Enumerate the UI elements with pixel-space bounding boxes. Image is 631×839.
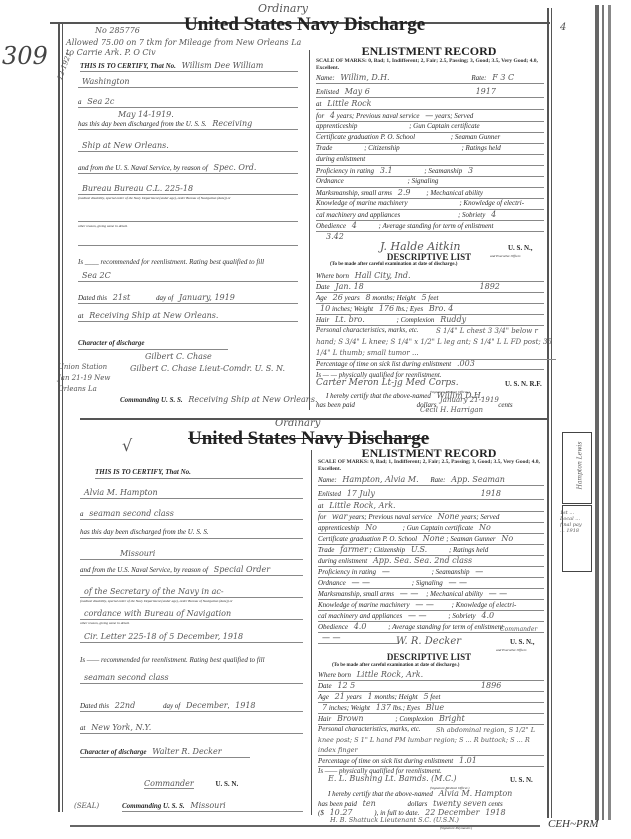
complexion-value: Bright [439,714,465,723]
pay-signature: H. B. Shattuck Lieutenant S.C. (U.S.N.) [330,816,459,824]
at-line: at Receiving Ship at New Orleans. [78,310,298,322]
discharged-label: has this day been discharged from the U.… [80,528,209,536]
gun-label: ; Gun Captain certificate [403,524,474,532]
cert-label: Certificate graduation P. O. School [316,133,415,141]
eyes-value: Bro. 4 [429,304,454,313]
certify-line: THIS IS TO CERTIFY, That No. Willism Dee… [80,60,298,72]
sobriety-value: 4.0 [481,611,494,620]
margin-box-2-text: 1st ... Local ... final pay ... 1918 [560,510,588,570]
record-title: United States Navy Discharge [184,14,425,36]
dated-label: Dated this [80,702,109,710]
served-label: years; Served [435,112,473,120]
descriptive-heading: DESCRIPTIVE LIST [314,652,544,662]
commanding-line: Commanding U. S. S. Receiving Ship at Ne… [120,394,300,405]
margin-box-1-text: Hampton Lewis [576,442,583,490]
seamanship-value: 3 [468,166,473,175]
weight-value: 137 [376,703,391,712]
frame-right-rule [547,8,549,818]
sobriety-label: ; Sobriety [448,612,475,620]
sobriety-value: 4 [491,210,496,219]
citizenship-label: ; Citizenship [364,144,400,152]
discharged-label: has this day been discharged from the U.… [78,120,207,128]
name-value: Willim, D.H. [340,73,389,82]
dated-year: 1918 [235,701,255,710]
personal-value: S 1/4" L chest 3 3/4" below r hand; S 3/… [316,326,556,360]
discharged-line: has this day been discharged from the U.… [80,527,303,539]
rating-best-line: seaman second class [80,672,303,684]
years-label: years [345,294,360,302]
at-label: at [318,502,323,510]
ship-value: Receiving [212,119,252,128]
marksmanship-label: Marksmanship, small arms [318,590,394,598]
height-value: 5 [421,293,426,302]
apprenticeship-value: No [365,523,377,532]
ship-line2-value: Ship at New Orleans. [82,141,169,150]
character-value: Walter R. Decker [152,747,221,756]
enlisted-label: Enlisted [318,490,341,498]
character-label: Character of discharge [80,748,147,756]
commanding-value: Receiving Ship at New Orleans. [188,395,317,404]
born-value: Little Rock, Ark. [357,670,423,679]
born-label: Where born [316,272,349,280]
obedience-value: 4.0 [354,622,367,631]
complexion-label: ; Complexion [395,715,433,723]
hair-value: Lt. bro. [335,315,365,324]
sobriety-label: ; Sobriety [458,211,485,219]
ratings-label: ; Ratings held [461,144,500,152]
during-label: during enlistment [316,155,365,163]
rate-line: a Sea 2c [78,96,298,108]
enlisted-at-line: at Little Rock [316,98,544,110]
for-value: 4 [330,111,335,120]
enlistment-heading: ENLISTMENT RECORD [314,44,544,59]
descriptive-heading: DESCRIPTIVE LIST [314,252,544,262]
med-suffix: U. S. N. R.F. [505,380,542,388]
marksmanship-label: Marksmanship, small arms [316,189,392,197]
years-value: — [425,111,433,120]
complexion-label: ; Complexion [397,316,435,324]
date-value: Jan. 18 [335,282,363,291]
for-value: war [332,512,347,521]
sick-line: Percentage of time on sick list during e… [316,358,544,370]
certify-label: THIS IS TO CERTIFY, That No. [95,468,191,476]
personal-value: Sh abdominal region, S 1/2" L knee post;… [318,725,544,756]
rate-value: Sea 2c [87,97,114,106]
mechanical-value: — — [489,589,508,598]
service-label: and from the U.S. Naval Service, by reas… [80,566,208,574]
left-note: Union Station Jan 21-19 New Orleans La [58,362,118,395]
column-divider [309,50,310,410]
marksmanship-value: 2.9 [398,188,411,197]
years-label: years; Previous naval service [337,112,420,120]
height-value: 5 [423,692,428,701]
sick-value: 1.01 [459,756,477,765]
med-signature: Carter Meron Lt-jg Med Corps. [316,378,459,388]
enlisted-value: May 6 [345,87,370,96]
usn-label: U. S. N. [215,780,238,788]
at-value: Receiving Ship at New Orleans. [89,311,218,320]
margin-note: Allowed 75.00 on 7 tkm for Mileage from … [66,38,306,58]
average-value: 3.42 [326,232,344,241]
frame-right-rule [602,5,604,820]
years-label: years [347,693,362,701]
top-right-mark: 4 [560,22,566,33]
for-label: for [316,112,324,120]
inches-value: 10 [320,304,330,313]
gunner-label: ; Seaman Gunner [446,535,495,543]
average-line: — — [318,632,398,644]
rate-line: a seaman second class [80,508,303,520]
paid-year: 1918 [485,808,505,817]
recommended-label: Is —— recommended for reenlistment. Rati… [80,656,265,664]
character-label: Character of discharge [78,339,145,347]
rate-label: Rate: [430,476,445,484]
paid-date: January 21-1919 [440,396,499,404]
certify-label: I hereby certify that the above-named [326,392,431,400]
mechanical-label: ; Mechanical ability [426,590,483,598]
page-number: 309 [2,42,48,70]
gun-value: No [479,523,491,532]
enlisted-year: 1917 [476,87,496,96]
reason-line: and from the U.S. Naval Service, by reas… [80,564,303,576]
obedience-label: Obedience [318,623,348,631]
name-rate-line: Name: Willim, D.H. Rate: F 3 C [316,72,544,84]
marksmanship-value: — — [400,589,419,598]
descriptive-subheading: (To be made after careful examination at… [332,663,459,668]
name-label: Name: [318,476,337,484]
rate-value: F 3 C [492,73,514,82]
dated-month: December [186,701,228,710]
check-mark: √ [122,436,132,455]
name-value: Alvia M. Hampton [84,488,158,497]
electrical-value: — — [408,611,427,620]
name-value: Willism Dee William [182,61,264,70]
day-of-label: day of [156,294,173,302]
name-line2-value: Washington [82,77,130,86]
character-line: Character of discharge Walter R. Decker [80,746,250,758]
rate-value: seaman second class [89,509,174,518]
years-value: None [438,512,460,521]
born-value: Hall City, Ind. [355,271,411,280]
scale-of-marks: SCALE OF MARKS: 0, Bad; 1, Indifferent; … [316,58,544,72]
at-value: New York, N.Y. [91,723,151,732]
enlisted-line: Enlisted May 6 1917 [316,86,544,98]
trade-label: Trade [318,546,334,554]
enlisted-value: 17 July [347,489,375,498]
name-line: Alvia M. Hampton [80,487,303,499]
exec-rank: Commander [500,626,537,633]
age-label: Age [316,294,327,302]
seal-label: (SEAL) [74,802,99,810]
eyes-label: lbs.; Eyes [393,704,420,712]
stamp-number: No 285776 [95,26,140,35]
ship-line: Missouri [80,548,303,560]
gunner-label: ; Seaman Gunner [451,133,500,141]
reason-line2-value: Bureau Bureau C.L. 225-18 [82,184,193,193]
column-divider [311,450,312,815]
commanding-label: Commanding U. S. S. [120,396,183,404]
average-label: ; Average standing for term of enlistmen… [379,222,494,230]
seamanship-value: — [475,567,483,576]
reason-line: and from the U. S. Naval Service, by rea… [78,162,298,174]
watermark: CEH~PRM [548,818,599,830]
commanding-line: Commanding U. S. S. Missouri [122,800,303,812]
date-year: 1896 [481,681,501,690]
seamanship-label: ; Seamanship [424,167,462,175]
cents-label: cents [498,401,512,409]
during-label: during enlistment [318,557,367,565]
feet-label: feet [428,294,438,302]
exec-signature: W. R. Decker [396,636,461,647]
ordnance-label: Ordnance [318,579,346,587]
enlisted-line: Enlisted 17 July 1918 [318,488,544,500]
name-value: Hampton, Alvia M. [342,475,418,484]
citizenship-label: ; Citizenship [370,546,406,554]
eyes-value: Blue [426,703,444,712]
knowledge-value: — — [415,600,434,609]
knowledge-label: Knowledge of marine machinery [318,601,410,609]
citizenship-value: U.S. [411,545,427,554]
pay-signature: Cecil H. Harrigan [420,406,483,414]
certify-line: THIS IS TO CERTIFY, That No. [95,467,303,479]
weight-value: 176 [379,304,394,313]
electrical-label: ; Knowledge of electri- [452,601,517,609]
amount-prefix: ($ [318,809,324,817]
weight-label: inches; Weight [329,704,370,712]
name-line-2: Washington [78,76,298,88]
dated-month: January, 1919 [179,293,235,302]
blank-line [78,234,298,246]
frame-right-rule [551,8,552,818]
trade-label: Trade [316,144,332,152]
reason-line-2: of the Secretary of the Navy in ac- [80,586,303,598]
reason-line-4: Cir. Letter 225-18 of 5 December, 1918 [80,631,303,643]
signaling-label: ; Signaling [407,177,438,185]
hair-value: Brown [337,714,364,723]
frame-right-rule [608,5,611,820]
enlisted-label: Enlisted [316,88,339,96]
cert-value: None [423,534,445,543]
at-label: at [80,724,85,732]
electrical-label-2: cal machinery and appliances [316,211,400,219]
apprenticeship-label: apprenticeship [318,524,359,532]
sick-line: Percentage of time on sick list during e… [318,755,544,767]
recommended-label: Is ____ recommended for reenlistment. Ra… [78,258,264,266]
certify-value: Alvia M. Hampton [439,789,513,798]
average-value: — — [322,633,341,642]
electrical-label: ; Knowledge of electri- [459,199,524,207]
knowledge-label: Knowledge of marine machinery [316,199,408,207]
descriptive-subheading: (To be made after careful examination at… [330,262,457,267]
age-label: Age [318,693,329,701]
eyes-label: lbs.; Eyes [396,305,423,313]
age-value: 21 [335,692,345,701]
signature-1: Gilbert C. Chase [145,352,212,361]
months-value: 8 [366,293,371,302]
dated-day: 22nd [115,701,135,710]
weight-label: inches; Weight [332,305,373,313]
cert-label: Certificate graduation P. O. School [318,535,417,543]
served-label: years; Served [461,513,499,521]
ratings-label: ; Ratings held [449,546,488,554]
sick-label: Percentage of time on sick list during e… [316,360,451,368]
date-year: 1892 [480,282,500,291]
proficiency-value: 3.1 [380,166,393,175]
dated-day: 21st [113,293,131,302]
at-value: Little Rock, Ark. [329,501,395,510]
inches-value: 7 [322,703,327,712]
character-line: Character of discharge [78,338,228,350]
frame-right-rule [595,5,599,820]
rate-value: App. Seaman [451,475,505,484]
electrical-label-2: cal machinery and appliances [318,612,402,620]
rating-best-value: Sea 2C [82,271,111,280]
dated-line: Dated this 22nd day of December, 1918 [80,700,303,712]
commander-line: Commander U. S. N. [140,778,303,789]
at-line: at New York, N.Y. [80,722,303,734]
day-of-label: day of [163,702,180,710]
discharged-line: has this day been discharged from the U.… [78,118,298,130]
caption-2: (medical disability, special order of th… [78,196,298,200]
during-value: App. Sea. Sea. 2nd class [373,556,472,565]
at-value: Little Rock [327,99,371,108]
years-label: years; Previous naval service [349,513,432,521]
date-label: Date [318,682,332,690]
height-label: months; Height [372,294,415,302]
obedience-value: 4 [352,221,357,230]
trade-value: farmer [340,545,368,554]
mechanical-label: ; Mechanical ability [426,189,483,197]
scale-of-marks: SCALE OF MARKS: 0, Bad; 1, Indifferent; … [318,459,544,473]
height-label: months; Height [374,693,417,701]
reason-line4-value: Cir. Letter 225-18 of 5 December, 1918 [84,632,243,641]
reason-line-3: cordance with Bureau of Navigation [80,608,303,620]
gunner-value: No [501,534,513,543]
dated-label: Dated this [78,294,107,302]
name-label: Name: [316,74,335,82]
med-signature: E. L. Bushing Lt. Bamds. (M.C.) [328,774,457,783]
ship-value: Missouri [120,549,155,558]
med-suffix: U. S. N. [510,776,533,784]
enlisted-year: 1918 [481,489,501,498]
paid-label: has been paid [316,401,355,409]
ordnance-label: Ordnance [316,177,344,185]
commanding-label: Commanding U. S. S. [122,802,185,810]
hair-line: Hair Lt. bro. ; Complexion Ruddy [316,314,544,326]
certify-label: THIS IS TO CERTIFY, That No. [80,62,176,70]
obedience-line: Obedience 4 ; Average standing for term … [316,220,544,232]
dated-line: Dated this 21st day of January, 1919 [78,292,298,304]
signaling-label: ; Signaling [412,579,443,587]
date-label: Date [316,283,330,291]
at-label: at [78,312,83,320]
complexion-value: Ruddy [440,315,466,324]
reason-value: Spec. Ord. [214,163,257,172]
hair-line: Hair Brown ; Complexion Bright [318,713,544,725]
exec-suffix: U. S. N., [510,638,535,646]
caption-3: other reason, giving same in detail. [78,224,128,228]
gun-label: ; Gun Captain certificate [409,122,480,130]
proficiency-value: — [382,567,390,576]
hair-label: Hair [316,316,329,324]
frame-left-rule [62,22,63,812]
caption-2: (medical disability, special order of th… [80,599,303,603]
proficiency-label: Proficiency in rating [316,167,374,175]
sick-label: Percentage of time on sick list during e… [318,757,453,765]
service-label: and from the U. S. Naval Service, by rea… [78,164,208,172]
months-value: 1 [368,692,373,701]
for-label: for [318,513,326,521]
name-rate-line: Name: Hampton, Alvia M. Rate: App. Seama… [318,474,544,486]
sick-value: .003 [457,359,475,368]
ship-line-2: Ship at New Orleans. [78,140,298,152]
at-label: at [316,100,321,108]
feet-label: feet [430,693,440,701]
reason-line-2: Bureau Bureau C.L. 225-18 [78,183,298,195]
rate-label: Rate: [471,74,486,82]
apprenticeship-label: apprenticeship [316,122,357,130]
pay-caption: (Signature Paymaster.) [440,826,472,830]
commanding-value: Missouri [190,801,225,810]
obedience-label: Obedience [316,222,346,230]
proficiency-label: Proficiency in rating [318,568,376,576]
date-value: 12 5 [337,681,355,690]
age-value: 26 [333,293,343,302]
seamanship-label: ; Seamanship [432,568,470,576]
signaling-value: — — [448,578,467,587]
hair-label: Hair [318,715,331,723]
commander-value: Commander [144,779,194,789]
signature-2: Gilbert C. Chase Lieut-Comdr. U. S. N. [130,364,285,373]
frame-left-rule [58,22,60,812]
born-label: Where born [318,671,351,679]
exec-suffix: U. S. N., [508,244,533,252]
ordnance-value: — — [351,578,370,587]
rating-best-line: Sea 2C [78,270,298,282]
certify-label: I hereby certify that the above-named [328,790,433,798]
blank-line [78,210,298,222]
rating-best-value: seaman second class [84,673,169,682]
reason-value: Special Order [214,565,270,574]
average-label: ; Average standing for term of enlistmen… [388,623,503,631]
reason-line3-value: cordance with Bureau of Navigation [84,609,231,618]
caption-3: other reason, giving same in detail. [80,621,130,625]
reason-line2-value: of the Secretary of the Navy in ac- [84,587,224,596]
